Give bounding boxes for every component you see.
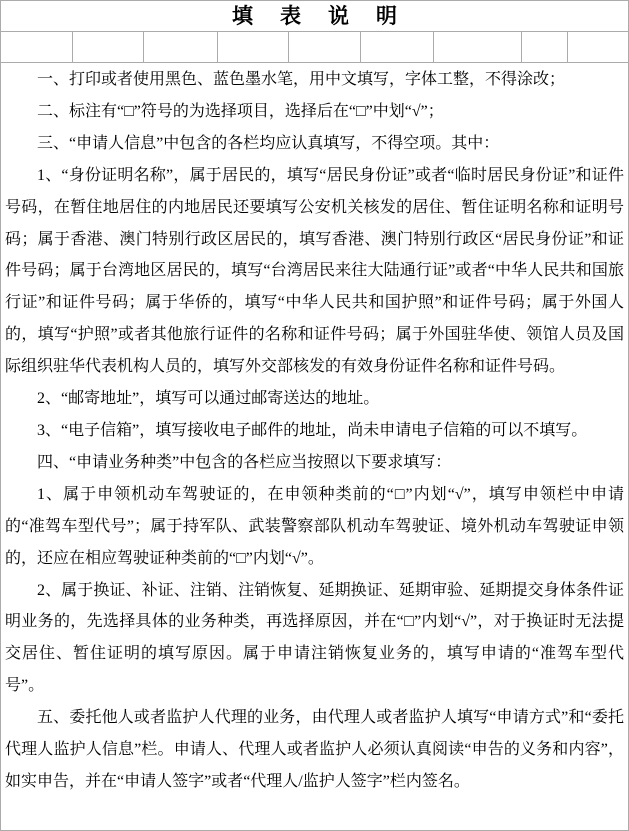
grid-cell-6 [361, 32, 434, 62]
instruction-paragraph: 2、“邮寄地址”，填写可以通过邮寄送达的地址。 [5, 383, 624, 415]
grid-cell-9 [568, 32, 628, 62]
instruction-paragraph: 五、委托他人或者监护人代理的业务，由代理人或者监护人填写“申请方式”和“委托代理… [5, 702, 624, 798]
grid-cell-7 [434, 32, 522, 62]
instructions-body: 一、打印或者使用黑色、蓝色墨水笔，用中文填写，字体工整，不得涂改； 二、标注有“… [1, 63, 628, 830]
instruction-paragraph: 2、属于换证、补证、注销、注销恢复、延期换证、延期审验、延期提交身体条件证明业务… [5, 575, 624, 703]
grid-cell-1 [1, 32, 73, 62]
instruction-paragraph: 1、属于申领机动车驾驶证的，在申领种类前的“□”内划“√”，填写申领栏中申请的“… [5, 479, 624, 575]
instruction-paragraph: 四、“申请业务种类”中包含的各栏应当按照以下要求填写： [5, 447, 624, 479]
instruction-paragraph: 3、“电子信箱”，填写接收电子邮件的地址，尚未申请电子信箱的可以不填写。 [5, 415, 624, 447]
grid-cell-3 [144, 32, 218, 62]
instruction-paragraph: 二、标注有“□”符号的为选择项目，选择后在“□”中划“√”； [5, 96, 624, 128]
header-grid-row [1, 32, 628, 63]
title-row: 填表说明 [1, 1, 628, 32]
instruction-paragraph: 1、“身份证明名称”，属于居民的，填写“居民身份证”或者“临时居民身份证”和证件… [5, 160, 624, 383]
instruction-paragraph: 三、“申请人信息”中包含的各栏均应认真填写，不得空项。其中： [5, 128, 624, 160]
instruction-paragraph: 一、打印或者使用黑色、蓝色墨水笔，用中文填写，字体工整，不得涂改； [5, 64, 624, 96]
grid-cell-2 [73, 32, 144, 62]
grid-cell-8 [522, 32, 568, 62]
instruction-sheet: 填表说明 一、打印或者使用黑色、蓝色墨水笔，用中文填写，字体工整，不得涂改； 二… [0, 0, 629, 831]
page-title: 填表说明 [205, 6, 424, 27]
grid-cell-5 [289, 32, 361, 62]
grid-cell-4 [218, 32, 289, 62]
